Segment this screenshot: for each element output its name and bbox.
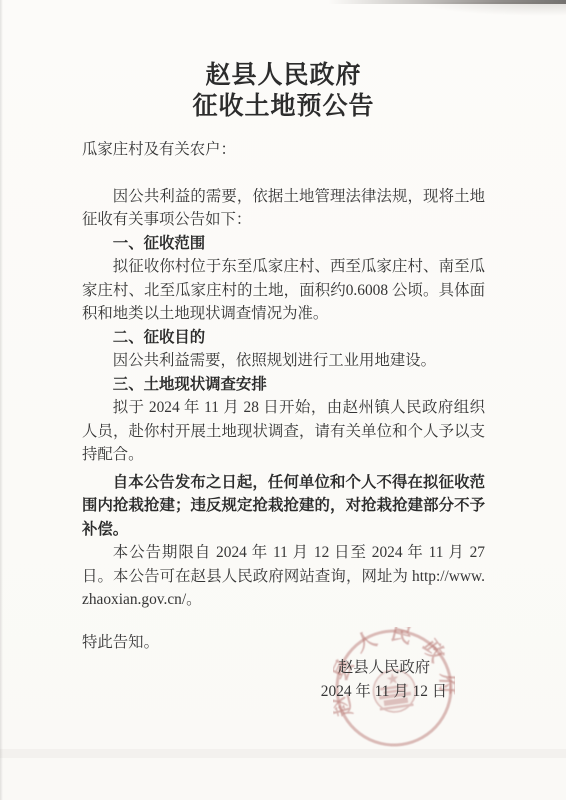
scanned-announcement-page: 赵县人民政府 征收土地预公告 瓜家庄村及有关农户： 因公共利益的需要，依据土地管… (0, 0, 566, 800)
intro-paragraph: 因公共利益的需要，依据土地管理法律法规，现将土地征收有关事项公告如下： (82, 185, 485, 232)
section-2-body: 因公共利益需要，依照规划进行工业用地建设。 (82, 349, 485, 373)
scan-artifact-left-edge (0, 0, 3, 800)
scan-artifact-bottom-band (0, 749, 566, 758)
section-3-heading: 三、土地现状调查安排 (82, 373, 485, 397)
section-2-heading: 二、征收目的 (82, 326, 485, 350)
document-body: 赵县人民政府 征收土地预公告 瓜家庄村及有关农户： 因公共利益的需要，依据土地管… (82, 0, 485, 704)
warning-paragraph: 自本公告发布之日起，任何单位和个人不得在拟征收范围内抢栽抢建；违反规定抢栽抢建的… (82, 471, 485, 542)
section-1-heading: 一、征收范围 (82, 232, 485, 256)
issue-date: 2024 年 11 月 12 日 (304, 680, 464, 704)
doc-title-line-2: 征收土地预公告 (82, 91, 485, 122)
doc-title-line-1: 赵县人民政府 (82, 60, 485, 91)
salutation: 瓜家庄村及有关农户： (82, 138, 485, 162)
issuer-name: 赵县人民政府 (304, 656, 464, 680)
signature-block: 赵县人民政府 2024 年 11 月 12 日 (304, 656, 464, 704)
section-1-body: 拟征收你村位于东至瓜家庄村、西至瓜家庄村、南至瓜家庄村、北至瓜家庄村的土地，面积… (82, 255, 485, 326)
section-3-body: 拟于 2024 年 11 月 28 日开始，由赵州镇人民政府组织人员，赴你村开展… (82, 396, 485, 467)
validity-paragraph: 本公告期限自 2024 年 11 月 12 日至 2024 年 11 月 27 … (82, 541, 485, 612)
